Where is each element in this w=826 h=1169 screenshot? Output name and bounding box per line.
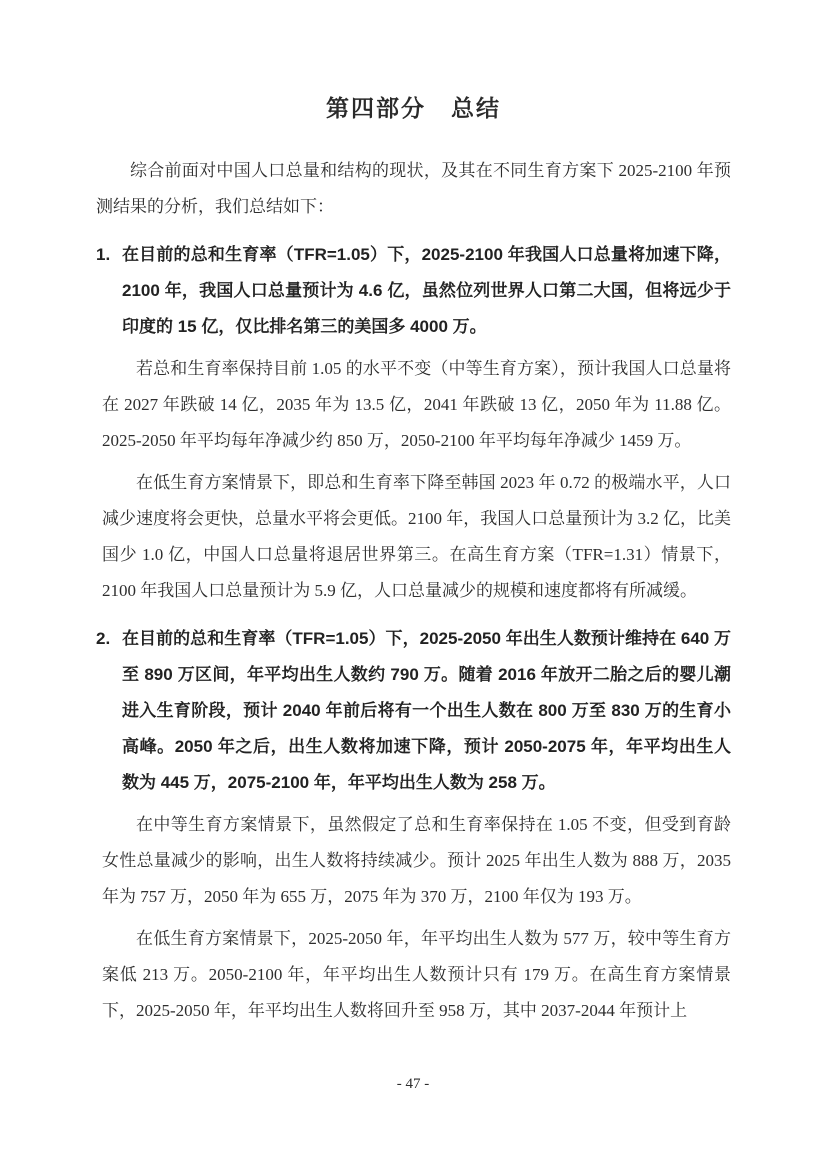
page-content: 第四部分 总结 综合前面对中国人口总量和结构的现状，及其在不同生育方案下 202…: [0, 90, 826, 1029]
item-1-number: 1.: [96, 237, 122, 345]
item-2-sub-paragraph-2: 在低生育方案情景下，2025-2050 年，年平均出生人数为 577 万，较中等…: [102, 921, 731, 1029]
item-1-sub-paragraph-1: 若总和生育率保持目前 1.05 的水平不变（中等生育方案），预计我国人口总量将在…: [102, 351, 731, 459]
document-page: 第四部分 总结 综合前面对中国人口总量和结构的现状，及其在不同生育方案下 202…: [0, 0, 826, 1169]
item-2-lead: 在目前的总和生育率（TFR=1.05）下，2025-2050 年出生人数预计维持…: [122, 621, 731, 801]
item-1-lead: 在目前的总和生育率（TFR=1.05）下，2025-2100 年我国人口总量将加…: [122, 237, 731, 345]
item-2-sub-paragraph-1: 在中等生育方案情景下，虽然假定了总和生育率保持在 1.05 不变，但受到育龄女性…: [102, 807, 731, 915]
item-2-number: 2.: [96, 621, 122, 801]
summary-item-2: 2. 在目前的总和生育率（TFR=1.05）下，2025-2050 年出生人数预…: [96, 621, 731, 801]
summary-item-1: 1. 在目前的总和生育率（TFR=1.05）下，2025-2100 年我国人口总…: [96, 237, 731, 345]
item-1-sub-paragraph-2: 在低生育方案情景下，即总和生育率下降至韩国 2023 年 0.72 的极端水平，…: [102, 465, 731, 609]
page-number-footer: - 47 -: [0, 1076, 826, 1093]
section-title: 第四部分 总结: [96, 90, 731, 123]
intro-paragraph: 综合前面对中国人口总量和结构的现状，及其在不同生育方案下 2025-2100 年…: [96, 153, 731, 225]
